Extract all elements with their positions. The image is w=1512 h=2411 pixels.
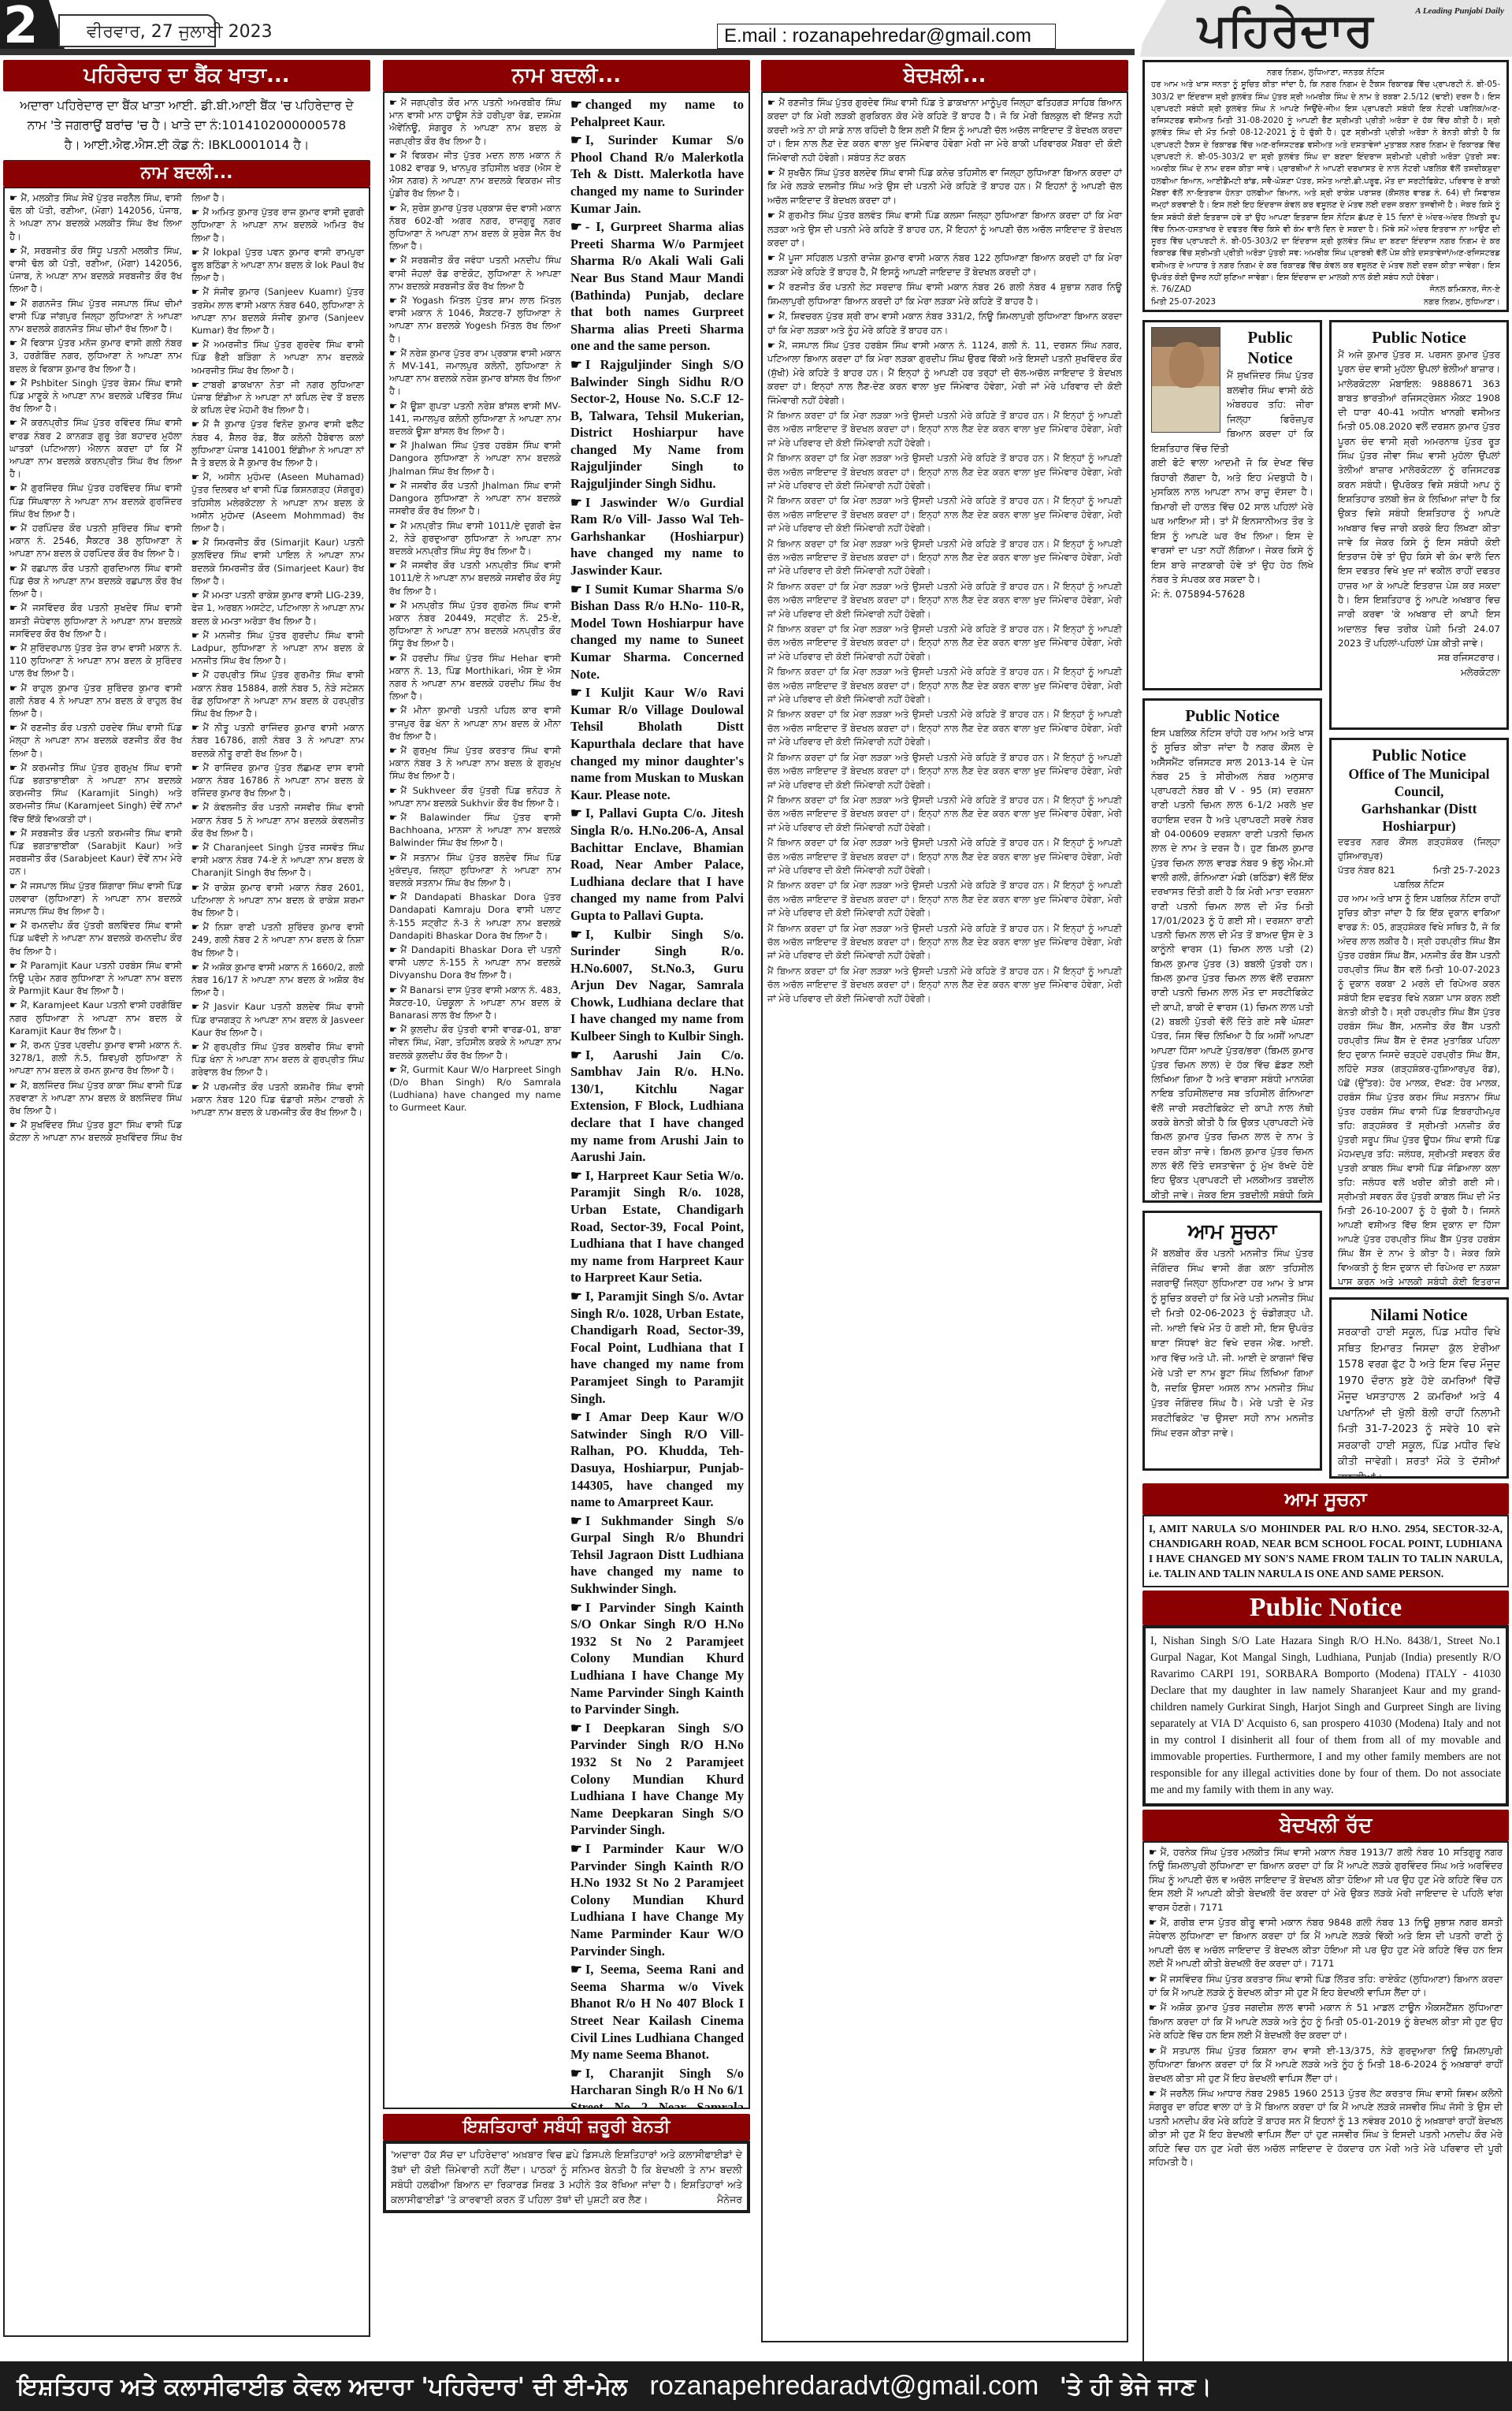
list-item: ☛ਮੈਂ ਹਰਪਿੰਦਰ ਕੌਰ ਪਤਨੀ ਸੁਰਿੰਦਰ ਸਿੰਘ ਵਾਸੀ … [9, 522, 182, 560]
list-item: ☛ਮੈਂ, ਸਰਬਜੀਤ ਕੌਰ ਸਿੱਧੂ ਪਤਨੀ ਮਲਕੀਤ ਸਿੰਘ, … [9, 244, 182, 296]
garhshankar-notice-subtitle-1: Office of The Municipal Council, [1338, 765, 1500, 800]
list-item-text: ਮੈਂ ਹਰਪ੍ਰੀਤ ਸਿੰਘ ਪੁੱਤਰ ਗੁਰਮੀਤ ਸਿੰਘ ਵਾਸੀ … [191, 669, 364, 719]
pointing-hand-icon: ☛ [767, 96, 775, 110]
pointing-hand-icon: ☛ [570, 1720, 582, 1737]
list-item-text: ਮੈਂ ਕਰਮਜੀਤ ਸਿੰਘ ਪੁੱਤਰ ਗੁਰਮੁਖ ਸਿੰਘ ਵਾਸੀ ਪ… [9, 762, 182, 824]
list-item: ਮੈਂ ਬਿਆਨ ਕਰਦਾ ਹਾਂ ਕਿ ਮੇਰਾ ਲੜਕਾ ਅਤੇ ਉਸਦੀ … [767, 879, 1122, 920]
pointing-hand-icon: ☛ [389, 254, 397, 266]
pointing-hand-icon: ☛ [1149, 2087, 1157, 2100]
ad-request-body: 'ਅਦਾਰਾ ਹੱਕ ਸੱਚ ਦਾ ਪਹਿਰੇਦਾਰ' ਅਖ਼ਬਾਰ ਵਿਚ ਛ… [391, 2149, 742, 2205]
pointing-hand-icon: ☛ [389, 1023, 397, 1036]
list-item-text: ਮੈਂ ਗੁਰਮੁਖ ਸਿੰਘ ਪੁੱਤਰ ਕਰਤਾਰ ਸਿੰਘ ਵਾਸੀ ਮਕ… [389, 745, 561, 781]
list-item-text: ਮੈਂ ਵਿਕਰਮ ਜੀਤ ਪੁੱਤਰ ਮਦਨ ਲਾਲ ਮਕਾਨ ਨੰ 1082… [389, 150, 561, 199]
list-item-text: ਮੈਂ, ਗਰੀਬ ਦਾਸ ਪੁੱਤਰ ਬੀਰੂ ਵਾਸੀ ਮਕਾਨ ਨੰਬਰ … [1149, 1917, 1503, 1969]
list-item: ☛ਮੈਂ ਸਰਬਜੀਤ ਕੌਰ ਜਵੰਧਾ ਪਤਨੀ ਮਨਦੀਪ ਸਿੰਘ ਵਾ… [389, 254, 561, 292]
general-notice-2-body: I, AMIT NARULA S/O MOHINDER PAL R/O H.NO… [1142, 1515, 1509, 1587]
pointing-hand-icon: ☛ [191, 536, 199, 549]
mc-notice-title: ਨਗਰ ਨਿਗਮ, ਲੁਧਿਆਣਾ, ਜਨਤਕ ਨੋਟਿਸ [1151, 67, 1500, 79]
list-item-text: ਮੈਂ ਮਮਤਾ ਪਤਨੀ ਰਾਕੇਸ਼ ਕੁਮਾਰ ਵਾਸੀ LIG-239,… [191, 590, 364, 626]
list-item: ਮੈਂ ਬਿਆਨ ਕਰਦਾ ਹਾਂ ਕਿ ਮੇਰਾ ਲੜਕਾ ਅਤੇ ਉਸਦੀ … [767, 794, 1122, 835]
logo-tagline: A Leading Punjabi Daily [1415, 6, 1504, 16]
list-item: ☛ਮੈਂ ਗੁਰਮੁਖ ਸਿੰਘ ਪੁੱਤਰ ਕਰਤਾਰ ਸਿੰਘ ਵਾਸੀ ਮ… [389, 744, 561, 783]
list-item: ☛- I, Gurpreet Sharma alias Preeti Sharm… [570, 218, 744, 355]
list-item: ☛ਮੈਂ ਊਸ਼ਾ ਗੁਪਤਾ ਪਤਨੀ ਨਰੇਸ਼ ਬਾਂਸਲ ਵਾਸੀ MV… [389, 400, 561, 438]
list-item: ☛ਮੈਂ ਗੁਰਪ੍ਰੀਤ ਸਿੰਘ ਪੁੱਤਰ ਬਲਵੀਰ ਸਿੰਘ ਵਾਸੀ… [191, 1040, 364, 1079]
malerkotla-public-notice: Public Notice ਮੈਂ ਅਜੇ ਕੁਮਾਰ ਪੁੱਤਰ ਸ. ਪਰਸ… [1329, 320, 1509, 730]
mc-ludhiana-notice: ਨਗਰ ਨਿਗਮ, ਲੁਧਿਆਣਾ, ਜਨਤਕ ਨੋਟਿਸ ਹਰ ਆਮ ਅਤੇ … [1142, 60, 1509, 312]
list-item: ☛ਮੈਂ ਸੁਰਿੰਦਰਪਾਲ ਪੁੱਤਰ ਤੇਜ਼ ਰਾਮ ਵਾਸੀ ਮਕਾਨ… [9, 642, 182, 680]
garhshankar-date: ਮਿਤੀ 25-7-2023 [1433, 863, 1500, 877]
list-item-text: ਮੈਂ ਗੁਰਜਿੰਦਰ ਸਿੰਘ ਪੁੱਤਰ ਹਰਵਿੰਦਰ ਸਿੰਘ ਵਾਸ… [9, 482, 182, 519]
pointing-hand-icon: ☛ [389, 439, 397, 452]
list-item: ☛I, Seema, Seema Rani and Seema Sharma w… [570, 1961, 744, 2063]
column-left: ਪਹਿਰੇਦਾਰ ਦਾ ਬੈਂਕ ਖਾਤਾ... ਅਦਾਰਾ ਪਹਿਰੇਦਾਰ … [3, 60, 370, 2337]
issue-date: ਵੀਰਵਾਰ, 27 ਜੁਲਾਈ 2023 [87, 22, 273, 42]
list-item: ☛ਮੈਂ ਅਸ਼ੋਕ ਕੁਮਾਰ ਵਾਸੀ ਮਕਾਨ ਨੰ 1660/2, ਗਲ… [191, 961, 364, 999]
pointing-hand-icon: ☛ [191, 1000, 199, 1013]
pointing-hand-icon: ☛ [191, 668, 199, 681]
bank-account-info: ਅਦਾਰਾ ਪਹਿਰੇਦਾਰ ਦਾ ਬੈਂਕ ਖਾਤਾ ਆਈ. ਡੀ.ਬੀ.ਆਈ… [3, 91, 370, 160]
list-item: ☛ਮੈਂ ਸਰਬਜੀਤ ਕੌਰ ਪਤਨੀ ਕਰਮਜੀਤ ਸਿੰਘ ਵਾਸੀ ਪਿ… [9, 827, 182, 878]
pointing-hand-icon: ☛ [767, 281, 775, 294]
list-item-text: ਮੈਂ ਜਰਨੈਲ ਸਿੰਘ ਆਧਾਰ ਨੰਬਰ 2985 1960 2513 … [1149, 2088, 1503, 2167]
photo-notice-body: ਗਈ ਫੋਟੋ ਵਾਲਾ ਆਦਮੀ ਜੋ ਕਿ ਦੇਖਣ ਵਿੱਚ ਬਿਹਾਰੀ… [1151, 456, 1313, 587]
pointing-hand-icon: ☛ [191, 1040, 199, 1053]
pointing-hand-icon: ☛ [570, 494, 582, 512]
list-item: ☛ਮੈਂ, ਰਮਨ ਪੁੱਤਰ ਪ੍ਰਦੀਪ ਕੁਮਾਰ ਵਾਸੀ ਮਕਾਨ ਨ… [9, 1039, 182, 1077]
list-item-text: ਮੈਂ, ਅਸੀਨ ਮੁਹੰਮਦ (Aseen Muhamad) ਪੁੱਤਰ ਦ… [191, 471, 364, 534]
list-item: ☛ਮੈਂ ਜਸਵਿੰਦਰ ਕੌਰ ਪਤਨੀ ਸੁਖਦੇਵ ਸਿੰਘ ਵਾਸੀ ਬ… [9, 601, 182, 640]
list-item-text: ਮੈਂ Dandapiti Bhaskar Dora ਦੀ ਪਤਨੀ ਵਾਸੀ … [389, 944, 561, 980]
masthead-email[interactable]: E.mail : rozanapehredar@gmail.com [717, 24, 1056, 49]
pointing-hand-icon: ☛ [191, 801, 199, 813]
list-item-text: ਮੈਂ ਅਮਰਜੀਤ ਸਿੰਘ ਪੁੱਤਰ ਗੁਰਦੇਵ ਸਿੰਘ ਵਾਸੀ ਪ… [191, 339, 364, 375]
pointing-hand-icon: ☛ [9, 761, 17, 774]
pointing-hand-icon: ☛ [191, 589, 199, 601]
list-item-text: ਮੈਂ ਜਗਪ੍ਰੀਤ ਕੌਰ ਮਾਨ ਪਤਨੀ ਅਮਰਬੀਰ ਸਿੰਘ ਮਾਨ… [389, 97, 561, 147]
list-item: ☛I Parminder Kaur W/O Parvinder Singh Ka… [570, 1840, 744, 1959]
general-notice-1-body: ਮੈਂ ਬਲਬੀਰ ਕੌਰ ਪਤਨੀ ਮਨਜੀਤ ਸਿੰਘ ਪੁੱਤਰ ਜੋਗਿ… [1151, 1246, 1313, 1441]
list-item: ਮੈਂ ਬਿਆਨ ਕਰਦਾ ਹਾਂ ਕਿ ਮੇਰਾ ਲੜਕਾ ਅਤੇ ਉਸਦੀ … [767, 665, 1122, 706]
list-item: ☛I, Harpreet Kaur Setia W/o. Paramjit Si… [570, 1167, 744, 1286]
list-item: ☛ਮੈਂ ਜਸਪਾਲ ਸਿੰਘ ਪੁੱਤਰ ਸ਼ਿੰਗਾਰਾ ਸਿੰਘ ਵਾਸੀ… [9, 880, 182, 918]
pointing-hand-icon: ☛ [389, 347, 397, 359]
list-item: ☛ਮੈਂ, ਸ਼ਿਵਚਰਨ ਪੁੱਤਰ ਸ਼੍ਰੀ ਰਾਮ ਵਾਸੀ ਮਕਾਨ … [767, 310, 1122, 337]
list-item: ☛ਮੈਂ Jasvir Kaur ਪਤਨੀ ਬਲਦੇਵ ਸਿੰਘ ਵਾਸੀ ਪਿ… [191, 1000, 364, 1039]
pointing-hand-icon: ☛ [570, 926, 582, 943]
pointing-hand-icon: ☛ [389, 652, 397, 664]
list-item: ☛ਮੈਂ ਰਛਪਾਲ ਕੌਰ ਪਤਨੀ ਗੁਰਦਿਆਲ ਸਿੰਘ ਵਾਸੀ ਪਿ… [9, 562, 182, 601]
pointing-hand-icon: ☛ [389, 96, 397, 109]
notices-subcol-right: Public Notice ਮੈਂ ਅਜੇ ਕੁਮਾਰ ਪੁੱਤਰ ਸ. ਪਰਸ… [1329, 320, 1509, 1479]
list-item: ☛ਮੈਂ, ਗਰੀਬ ਦਾਸ ਪੁੱਤਰ ਬੀਰੂ ਵਾਸੀ ਮਕਾਨ ਨੰਬਰ… [1149, 1916, 1503, 1971]
list-item-text: ਮੈਂ, Karamjeet Kaur ਪਤਨੀ ਵਾਸੀ ਹਰਗੋਬਿੰਦ ਨ… [9, 999, 182, 1036]
list-item: ☛ਮੈਂ ਜਸਵੀਰ ਕੌਰ ਪਤਨੀ Jhalman ਸਿੰਘ ਵਾਸੀ Da… [389, 479, 561, 518]
pointing-hand-icon: ☛ [389, 943, 397, 956]
mc-notice-body: ਹਰ ਆਮ ਅਤੇ ਖਾਸ ਜਨਤਾ ਨੂੰ ਸੂਚਿਤ ਕੀਤਾ ਜਾਂਦਾ … [1151, 79, 1500, 284]
photo-public-notice: Public Notice ਮੈਂ ਸੁਖਜਿੰਦਰ ਸਿੰਘ ਪੁੱਤਰ ਬਲ… [1142, 320, 1322, 690]
list-item: ☛I Kuljit Kaur W/o Ravi Kumar R/o Villag… [570, 684, 744, 803]
list-item-text: ਮੈਂ, ਬਲਜਿੰਦਰ ਸਿੰਘ ਪੁੱਤਰ ਕਾਕਾ ਸਿੰਘ ਵਾਸੀ ਪ… [9, 1080, 182, 1116]
pointing-hand-icon: ☛ [9, 827, 17, 839]
mc-notice-office: ਨਗਰ ਨਿਗਮ, ਲੁਧਿਆਣਾ। [1424, 296, 1500, 308]
list-item-text: ਮੈਂ ਗੁਰਪ੍ਰੀਤ ਸਿੰਘ ਪੁੱਤਰ ਬਲਵੀਰ ਸਿੰਘ ਵਾਸੀ … [191, 1041, 364, 1077]
list-item-text: - I, Gurpreet Sharma alias Preeti Sharma… [570, 219, 744, 353]
name-change-punjabi-column: ☛ਮੈਂ ਜਗਪ੍ਰੀਤ ਕੌਰ ਮਾਨ ਪਤਨੀ ਅਮਰਬੀਰ ਸਿੰਘ ਮਾ… [389, 96, 561, 2104]
pointing-hand-icon: ☛ [389, 559, 397, 571]
list-item-text: ਮੈਂ, ਮਲਕੀਤ ਸਿੰਘ ਸੇਖੋਂ ਪੁੱਤਰ ਜਰਨੈਲ ਸਿੰਘ, … [9, 192, 182, 242]
garhshankar-public-notice: Public Notice Office of The Municipal Co… [1329, 738, 1509, 1289]
pointing-hand-icon: ☛ [389, 599, 397, 612]
pointing-hand-icon: ☛ [389, 704, 397, 716]
ad-request-box: 'ਅਦਾਰਾ ਹੱਕ ਸੱਚ ਦਾ ਪਹਿਰੇਦਾਰ' ਅਖ਼ਬਾਰ ਵਿਚ ਛ… [383, 2141, 750, 2213]
pointing-hand-icon: ☛ [191, 418, 199, 430]
pointing-hand-icon: ☛ [1149, 2001, 1157, 2015]
pointing-hand-icon: ☛ [9, 880, 17, 892]
list-item-text: ਮੈਂ Pshbiter Singh ਪੁੱਤਰ ਰੇਸ਼ਮ ਸਿੰਘ ਵਾਸੀ… [9, 378, 182, 414]
pointing-hand-icon: ☛ [570, 1961, 582, 1978]
garhshankar-notice-title: Public Notice [1338, 745, 1500, 765]
pointing-hand-icon: ☛ [1149, 1846, 1157, 1859]
list-item: ☛I, Surinder Kumar S/o Phool Chand R/o M… [570, 132, 744, 217]
list-item: ☛ਮੈਂ ਜਸਵੀਰ ਕੌਰ ਪਤਨੀ ਮਨਪ੍ਰੀਤ ਸਿੰਘ ਵਾਸੀ 10… [389, 559, 561, 597]
mc-notice-signatory: ਜੋਨਲ ਕਮਿਸ਼ਨਰ, ਜੋਨ-ਏ [1430, 284, 1501, 296]
list-item-text: ਮੈਂ ਜੈ ਕੁਮਾਰ ਪੁੱਤਰ ਵਿਨੋਦ ਕੁਮਾਰ ਵਾਸੀ ਫਲੈਟ… [191, 419, 364, 468]
public-notice-italy-heading: Public Notice [1142, 1591, 1509, 1625]
list-item: ☛ਮੈਂ ਰਣਜੀਤ ਕੌਰ ਪਤਨੀ ਹਰਦੇਵ ਸਿੰਘ ਵਾਸੀ ਪਿੰਡ… [9, 721, 182, 760]
general-notice-2-heading: ਆਮ ਸੂਚਨਾ [1142, 1483, 1509, 1515]
pointing-hand-icon: ☛ [389, 294, 397, 307]
pointing-hand-icon: ☛ [9, 721, 17, 734]
pointing-hand-icon: ☛ [191, 761, 199, 774]
list-item-text: ਮੈਂ ਮਨਪ੍ਰੀਤ ਸਿੰਘ ਪੁੱਤਰ ਗੁਰਮੇਲ ਸਿੰਘ ਵਾਸੀ … [389, 600, 561, 649]
name-change-english-column: ☛changed my name to Pehalpreet Kaur.☛I, … [570, 96, 744, 2104]
name-change-list-center: ☛ਮੈਂ ਜਗਪ੍ਰੀਤ ਕੌਰ ਮਾਨ ਪਤਨੀ ਅਮਰਬੀਰ ਸਿੰਘ ਮਾ… [383, 91, 750, 2109]
pointing-hand-icon: ☛ [9, 416, 17, 429]
list-item: ਮੈਂ ਬਿਆਨ ਕਰਦਾ ਹਾਂ ਕਿ ਮੇਰਾ ਲੜਕਾ ਅਤੇ ਉਸਦੀ … [767, 965, 1122, 1006]
newspaper-logo: ਪਹਿਰੇਦਾਰ [1198, 3, 1374, 58]
pointing-hand-icon: ☛ [9, 601, 17, 614]
list-item-text: ਮੈਂ ਸਤਪਾਲ ਸਿੰਘ ਪੁੱਤਰ ਕਿਸ਼ਨਾ ਰਾਮ ਵਾਸੀ ਈ-1… [1149, 2045, 1503, 2084]
list-item: ☛ਮੈਂ, ਮਲਕੀਤ ਸਿੰਘ ਸੇਖੋਂ ਪੁੱਤਰ ਜਰਨੈਲ ਸਿੰਘ,… [9, 192, 182, 243]
list-item-text: ਮੈ, ਸੁਰੇਸ਼ ਕੁਮਾਰ ਪੁੱਤਰ ਪ੍ਰਕਾਸ਼ ਚੰਦ ਵਾਸੀ … [389, 203, 561, 252]
footer-suffix: 'ਤੇ ਹੀ ਭੇਜੇ ਜਾਣ। [1060, 2373, 1212, 2401]
bathinda-notice-title: Public Notice [1151, 705, 1313, 726]
list-item-text: I, Pallavi Gupta C/o. Jitesh Singla R/o.… [570, 806, 744, 923]
column-disinheritance: ਬੇਦਖ਼ਲੀ... ☛ਮੈਂ ਰਣਜੀਤ ਸਿੰਘ ਪੁੱਤਰ ਗੁਰਦੇਵ … [761, 60, 1128, 2342]
list-item-text: ਮੈਂ ਸਰਬਜੀਤ ਕੌਰ ਪਤਨੀ ਕਰਮਜੀਤ ਸਿੰਘ ਵਾਸੀ ਪਿੰ… [9, 828, 182, 877]
pointing-hand-icon: ☛ [570, 96, 582, 113]
list-item-text: ਮੈਂ ਕੰਵਲਜੀਤ ਕੌਰ ਪਤਨੀ ਜਸਵੀਰ ਸਿੰਘ ਵਾਸੀ ਮਕਾ… [191, 802, 364, 838]
list-item: ☛I Parvinder Singh Kainth S/O Onkar Sing… [570, 1599, 744, 1718]
mc-notice-footer-1: ਨੰ. 76/ZAD ਜੋਨਲ ਕਮਿਸ਼ਨਰ, ਜੋਨ-ਏ [1151, 284, 1500, 296]
malerkotla-notice-place: ਮਲੇਰਕੋਟਲਾ [1338, 665, 1500, 679]
footer-ad-email[interactable]: rozanapehredaradvt@gmail.com [650, 2371, 1039, 2401]
bank-line-3: ਹੈ। ਆਈ.ਐਫ.ਐਸ.ਈ ਕੋਡ ਨੰ: IBKL0001014 ਹੈ। [5, 136, 369, 155]
pointing-hand-icon: ☛ [9, 1118, 17, 1131]
pointing-hand-icon: ☛ [9, 919, 17, 932]
list-item: ☛ਮੈ, ਸੁਰੇਸ਼ ਕੁਮਾਰ ਪੁੱਤਰ ਪ੍ਰਕਾਸ਼ ਚੰਦ ਵਾਸੀ… [389, 202, 561, 253]
list-item: ☛ਮੈਂ ਪਰਮਜੀਤ ਕੌਰ ਪਤਨੀ ਕਸ਼ਮੀਰ ਸਿੰਘ ਵਾਸੀ ਮਕ… [191, 1081, 364, 1119]
pointing-hand-icon: ☛ [191, 338, 199, 351]
list-item: ☛ਮੈਂ ਸਤਪਾਲ ਸਿੰਘ ਪੁੱਤਰ ਕਿਸ਼ਨਾ ਰਾਮ ਵਾਸੀ ਈ-… [1149, 2045, 1503, 2085]
list-item: ☛ਮੈਂ Pshbiter Singh ਪੁੱਤਰ ਰੇਸ਼ਮ ਸਿੰਘ ਵਾਸ… [9, 377, 182, 415]
list-item: ☛ਮੈਂ ਮਮਤਾ ਪਤਨੀ ਰਾਕੇਸ਼ ਕੁਮਾਰ ਵਾਸੀ LIG-239… [191, 589, 364, 627]
masthead: 2 ਵੀਰਵਾਰ, 27 ਜੁਲਾਈ 2023 E.mail : rozanap… [0, 0, 1512, 57]
list-item: ☛I Deepkaran Singh S/O Parvinder Singh R… [570, 1720, 744, 1839]
nilami-notice: Nilami Notice ਸਰਕਾਰੀ ਹਾਈ ਸਕੂਲ, ਪਿੰਡ ਮਧੀਰ… [1329, 1297, 1509, 1479]
list-item-text: ਮੈਂ ਰਾਕੇਸ਼ ਕੁਮਾਰ ਵਾਸੀ ਮਕਾਨ ਨੰਬਰ 2601, ਪਟ… [191, 882, 364, 918]
pointing-hand-icon: ☛ [767, 339, 775, 352]
list-item: ☛ਮੈਂ ਮਨਪ੍ਰੀਤ ਸਿੰਘ ਪੁੱਤਰ ਗੁਰਮੇਲ ਸਿੰਘ ਵਾਸੀ… [389, 599, 561, 650]
pointing-hand-icon: ☛ [767, 166, 775, 180]
list-item: ☛ਮੈਂ, ਅਸੀਨ ਮੁਹੰਮਦ (Aseen Muhamad) ਪੁੱਤਰ … [191, 471, 364, 534]
pointing-hand-icon: ☛ [570, 218, 582, 236]
list-item: ☛ਮੈਂ Dandapati Bhaskar Dora ਪੁੱਤਰ Dandap… [389, 891, 561, 942]
list-item-text: ਮੈਂ ਮਨਜੀਤ ਸਿੰਘ ਪੁੱਤਰ ਗੁਰਦੀਪ ਸਿੰਘ ਵਾਸੀ La… [191, 630, 364, 666]
notices-subcol-left: Public Notice ਮੈਂ ਸੁਖਜਿੰਦਰ ਸਿੰਘ ਪੁੱਤਰ ਬਲ… [1142, 320, 1322, 1479]
list-item: ☛ਮੈਂ ਜਗਪ੍ਰੀਤ ਕੌਰ ਮਾਨ ਪਤਨੀ ਅਮਰਬੀਰ ਸਿੰਘ ਮਾ… [389, 96, 561, 147]
list-item-text: ਮੈਂ ਕਰਨਪ੍ਰੀਤ ਸਿੰਘ ਪੁੱਤਰ ਰਵਿੰਦਰ ਸਿੰਘ ਵਾਸੀ… [9, 417, 182, 479]
list-item: ☛ਮੈਂ ਨੀਤੂ ਪਤਨੀ ਰਾਜਿੰਦਰ ਕੁਮਾਰ ਵਾਸੀ ਮਕਾਨ ਨ… [191, 721, 364, 760]
pointing-hand-icon: ☛ [570, 1288, 582, 1305]
pointing-hand-icon: ☛ [389, 479, 397, 492]
list-item: ☛ਮੈਂ ਸੁਖਚੈਨ ਸਿੰਘ ਪੁੱਤਰ ਬਲਦੇਵ ਸਿੰਘ ਵਾਸੀ ਪ… [767, 166, 1122, 207]
list-item-text: ਮੈਂ ਅਸ਼ੋਕ ਕੁਮਾਰ ਪੁੱਤਰ ਜਗਦੀਸ਼ ਲਾਲ ਵਾਸੀ ਮਕ… [1149, 2002, 1503, 2041]
garhshankar-heading: ਪਬਲਿਕ ਨੋਟਿਸ [1338, 877, 1500, 891]
list-item: ☛ਮੈਂ ਮਨਜੀਤ ਸਿੰਘ ਪੁੱਤਰ ਗੁਰਦੀਪ ਸਿੰਘ ਵਾਸੀ L… [191, 629, 364, 668]
list-item: ☛I Sukhmander Singh S/o Gurpal Singh R/o… [570, 1512, 744, 1598]
list-item: ☛ਮੈਂ, ਬਲਜਿੰਦਰ ਸਿੰਘ ਪੁੱਤਰ ਕਾਕਾ ਸਿੰਘ ਵਾਸੀ … [9, 1079, 182, 1118]
pointing-hand-icon: ☛ [191, 206, 199, 218]
column-center: ਨਾਮ ਬਦਲੀ... ☛ਮੈਂ ਜਗਪ੍ਰੀਤ ਕੌਰ ਮਾਨ ਪਤਨੀ ਅਮ… [383, 60, 750, 2213]
list-item: ☛ਮੈਂ ਅਮਰਜੀਤ ਸਿੰਘ ਪੁੱਤਰ ਗੁਰਦੇਵ ਸਿੰਘ ਵਾਸੀ … [191, 338, 364, 377]
bank-line-2: ਨਾਮ 'ਤੇ ਜਗਰਾਉਂ ਬਰਾਂਚ 'ਚ ਹੈ। ਖਾਤੇ ਦਾ ਨੰ:1… [5, 116, 369, 136]
list-item-text: I, Aarushi Jain C/o. Sambhav Jain R/o. H… [570, 1047, 744, 1165]
list-item-text: ਮੈਂ ਸੁਖਚੈਨ ਸਿੰਘ ਪੁੱਤਰ ਬਲਦੇਵ ਸਿੰਘ ਵਾਸੀ ਪਿ… [767, 167, 1122, 206]
pointing-hand-icon: ☛ [389, 744, 397, 757]
list-item: ☛ਮੈਂ ਜੈ ਕੁਮਾਰ ਪੁੱਤਰ ਵਿਨੋਦ ਕੁਮਾਰ ਵਾਸੀ ਫਲੈ… [191, 418, 364, 469]
list-item: ਮੈਂ ਬਿਆਨ ਕਰਦਾ ਹਾਂ ਕਿ ਮੇਰਾ ਲੜਕਾ ਅਤੇ ਉਸਦੀ … [767, 452, 1122, 493]
list-item-text: ਮੈਂ Dandapati Bhaskar Dora ਪੁੱਤਰ Dandapa… [389, 891, 561, 941]
list-item: ☛changed my name to Pehalpreet Kaur. [570, 96, 744, 130]
list-item-text: ਮੈਂ ਹਰਦੀਪ ਸਿੰਘ ਪੁੱਤਰ ਸਿੰਘ Hehar ਵਾਸੀ ਮਕਾ… [389, 653, 561, 702]
pointing-hand-icon: ☛ [389, 984, 397, 996]
list-item-text: I Kuljit Kaur W/o Ravi Kumar R/o Village… [570, 685, 744, 802]
list-item-text: ਮੈਂ, ਰਮਨ ਪੁੱਤਰ ਪ੍ਰਦੀਪ ਕੁਮਾਰ ਵਾਸੀ ਮਕਾਨ ਨੰ… [9, 1040, 182, 1076]
list-item-text: ਮੈਂ ਸਤਨਾਮ ਸਿੰਘ ਪੁੱਤਰ ਬਲਦੇਵ ਸਿੰਘ ਪਿੰਡ ਮੁਕ… [389, 852, 561, 888]
pointing-hand-icon: ☛ [9, 959, 17, 972]
list-item-text: ਮੈਂ ਮਨਪ੍ਰੀਤ ਸਿੰਘ ਵਾਸੀ 1011/ਏ ਦੁਗਰੀ ਫੇਜ਼ … [389, 520, 561, 556]
ad-request-signature: ਮੈਨੇਜਰ [717, 2192, 742, 2207]
list-item: ☛ਮੈਂ ਰਾਹੁਲ ਕੁਮਾਰ ਪੁੱਤਰ ਸੁਰਿੰਦਰ ਕੁਮਾਰ ਵਾਸ… [9, 682, 182, 720]
list-item: ☛I, Charanjit Singh S/o Harcharan Singh … [570, 2065, 744, 2109]
list-item-text: ਮੈਂ ਰਣਜੀਤ ਸਿੰਘ ਪੁੱਤਰ ਗੁਰਦੇਵ ਸਿੰਘ ਵਾਸੀ ਪਿ… [767, 97, 1122, 163]
general-notice-1-title: ਆਮ ਸੂਚਨਾ [1151, 1218, 1313, 1246]
list-item-text: ਮੈਂ ਸਰਬਜੀਤ ਕੌਰ ਜਵੰਧਾ ਪਤਨੀ ਮਨਦੀਪ ਸਿੰਘ ਵਾਸ… [389, 255, 561, 291]
list-item: ☛ਟਾਬਰੀ ਡਾਕਖਾਨਾ ਨੇਤਾ ਜੀ ਨਗਰ ਲੁਧਿਆਣਾ ਪੰਜਾਬ… [191, 378, 364, 417]
pointing-hand-icon: ☛ [9, 1079, 17, 1092]
list-item-text: ਮੈਂ ਜਸਪਾਲ ਸਿੰਘ ਪੁੱਤਰ ਸ਼ਿੰਗਾਰਾ ਸਿੰਘ ਵਾਸੀ … [9, 880, 182, 917]
bank-line-1: ਅਦਾਰਾ ਪਹਿਰੇਦਾਰ ਦਾ ਬੈਂਕ ਖਾਤਾ ਆਈ. ਡੀ.ਬੀ.ਆਈ… [5, 96, 369, 116]
list-item: ☛ਮੈਂ ਮੀਨਾ ਕੁਮਾਰੀ ਪਤਨੀ ਪਹਿਲ ਕਾਰ ਵਾਸੀ ਤਾਜਪ… [389, 704, 561, 742]
disinheritance-heading: ਬੇਦਖ਼ਲੀ... [761, 60, 1128, 91]
disinheritance-cancel-list: ☛ਮੈਂ, ਹਰਨੇਕ ਸਿੰਘ ਪੁੱਤਰ ਮਲਕੀਤ ਸਿੰਘ ਵਾਸੀ ਮ… [1142, 1841, 1509, 2368]
malerkotla-notice-body: ਮੈਂ ਅਜੇ ਕੁਮਾਰ ਪੁੱਤਰ ਸ. ਪਰਸਨ ਕੁਮਾਰ ਪੁੱਤਰ … [1338, 348, 1500, 650]
pointing-hand-icon: ☛ [570, 1408, 582, 1426]
pointing-hand-icon: ☛ [389, 519, 397, 532]
list-item: ☛I Rajguljinder Singh S/O Balwinder Sing… [570, 356, 744, 493]
pointing-hand-icon: ☛ [1149, 1916, 1157, 1929]
pointing-hand-icon: ☛ [191, 471, 199, 483]
logo-block: A Leading Punjabi Daily ਪਹਿਰੇਦਾਰ [1135, 0, 1512, 57]
list-item: ☛I, Aarushi Jain C/o. Sambhav Jain R/o. … [570, 1047, 744, 1166]
list-item-text: ਮੈਂ ਰਮਨਦੀਪ ਕੌਰ ਪੁੱਤਰੀ ਬਲਵਿੰਦਰ ਸਿੰਘ ਵਾਸੀ … [9, 920, 182, 956]
list-item-text: ਮੈਂ ਨੀਤੂ ਪਤਨੀ ਰਾਜਿੰਦਰ ਕੁਮਾਰ ਵਾਸੀ ਮਕਾਨ ਨੰ… [191, 722, 364, 758]
list-item-text: ਮੈਂ, ਹਰਨੇਕ ਸਿੰਘ ਪੁੱਤਰ ਮਲਕੀਤ ਸਿੰਘ ਵਾਸੀ ਮਕ… [1149, 1847, 1503, 1913]
pointing-hand-icon: ☛ [191, 841, 199, 854]
list-item: ਮੈਂ ਬਿਆਨ ਕਰਦਾ ਹਾਂ ਕਿ ਮੇਰਾ ਲੜਕਾ ਅਤੇ ਉਸਦੀ … [767, 708, 1122, 749]
list-item-text: ਮੈਂ ਮੀਨਾ ਕੁਮਾਰੀ ਪਤਨੀ ਪਹਿਲ ਕਾਰ ਵਾਸੀ ਤਾਜਪੁ… [389, 705, 561, 741]
list-item-text: I Sumit Kumar Sharma S/o Bishan Dass R/o… [570, 582, 744, 682]
list-item: ☛ਮੈਂ ਕਰਨਪ੍ਰੀਤ ਸਿੰਘ ਪੁੱਤਰ ਰਵਿੰਦਰ ਸਿੰਘ ਵਾਸ… [9, 416, 182, 480]
list-item-text: ਮੈਂ ਗਗਨਜੋਤ ਸਿੰਘ ਪੁੱਤਰ ਜਸਪਾਲ ਸਿੰਘ ਚੀਮਾਂ ਵ… [9, 298, 182, 334]
list-item: ਮੈਂ ਬਿਆਨ ਕਰਦਾ ਹਾਂ ਕਿ ਮੇਰਾ ਲੜਕਾ ਅਤੇ ਉਸਦੀ … [767, 836, 1122, 877]
pointing-hand-icon: ☛ [570, 1599, 582, 1617]
pointing-hand-icon: ☛ [767, 251, 775, 265]
list-item-text: ਮੈਂ ਰਾਹੁਲ ਕੁਮਾਰ ਪੁੱਤਰ ਸੁਰਿੰਦਰ ਕੁਮਾਰ ਵਾਸੀ… [9, 683, 182, 719]
list-item: ☛ਮੈਂ Sukhveer ਕੌਰ ਪੁੱਤਰੀ ਪਿੰਡ ਭਨੋਹੜ ਨੇ ਆ… [389, 784, 561, 809]
mc-notice-ref: ਨੰ. 76/ZAD [1151, 284, 1191, 296]
list-item: ਮੈਂ ਬਿਆਨ ਕਰਦਾ ਹਾਂ ਕਿ ਮੇਰਾ ਲੜਕਾ ਅਤੇ ਉਸਦੀ … [767, 751, 1122, 792]
pointing-hand-icon: ☛ [9, 522, 17, 534]
photo-notice-phone: ਮੋ: ਨੰ. 075894-57628 [1151, 587, 1313, 602]
list-item-text: ਮੈਂ Charanjeet Singh ਪੁੱਤਰ ਜਸਵੰਤ ਸਿੰਘ ਵਾ… [191, 842, 364, 878]
list-item-text: I, Surinder Kumar S/o Phool Chand R/o Ma… [570, 132, 744, 215]
mc-notice-date: ਮਿਤੀ 25-07-2023 [1151, 296, 1216, 308]
pointing-hand-icon: ☛ [191, 921, 199, 933]
list-item: ☛ਮੈਂ ਸਤਨਾਮ ਸਿੰਘ ਪੁੱਤਰ ਬਲਦੇਵ ਸਿੰਘ ਪਿੰਡ ਮੁ… [389, 851, 561, 890]
list-item-text: ਮੈਂ ਜਸਵਿੰਦਰ ਕੌਰ ਪਤਨੀ ਸੁਖਦੇਵ ਸਿੰਘ ਵਾਸੀ ਬਸ… [9, 602, 182, 638]
list-item-text: ਮੈਂ Paramjit Kaur ਪਤਨੀ ਹਰਬੰਸ ਸਿੰਘ ਵਾਸੀ ਨ… [9, 960, 182, 996]
list-item: ☛I Amar Deep Kaur W/O Satwinder Singh R/… [570, 1408, 744, 1511]
list-item-text: ਮੈਂ Banarsi ਦਾਸ ਪੁੱਤਰ ਵਾਸੀ ਮਕਾਨ ਨੰ. 483,… [389, 984, 561, 1021]
list-item-text: ਮੈਂ ਜਸਵੀਰ ਕੌਰ ਪਤਨੀ Jhalman ਸਿੰਘ ਵਾਸੀ Dan… [389, 480, 561, 516]
pointing-hand-icon: ☛ [570, 1512, 582, 1530]
list-item-text: ਮੈਂ ਗੁਰਮੀਤ ਸਿੰਘ ਪੁੱਤਰ ਬਲਵੰਤ ਸਿੰਘ ਵਾਸੀ ਪਿ… [767, 210, 1122, 248]
list-item-text: ਮੈਂ Jhalwan ਸਿੰਘ ਪੁੱਤਰ ਹਰਬੰਸ ਸਿੰਘ ਵਾਸੀ D… [389, 440, 561, 476]
list-item: ☛ਮੈਂ Paramjit Kaur ਪਤਨੀ ਹਰਬੰਸ ਸਿੰਘ ਵਾਸੀ … [9, 959, 182, 998]
pointing-hand-icon: ☛ [191, 378, 199, 391]
list-item-text: ਮੈਂ ਹਰਪਿੰਦਰ ਕੌਰ ਪਤਨੀ ਸੁਰਿੰਦਰ ਸਿੰਘ ਵਾਸੀ ਮ… [9, 523, 182, 559]
garhshankar-letter-no: ਪੱਤਰ ਨੰਬਰ 821 [1338, 863, 1395, 877]
list-item: ਮੈਂ ਬਿਆਨ ਕਰਦਾ ਹਾਂ ਕਿ ਮੇਰਾ ਲੜਕਾ ਅਤੇ ਉਸਦੀ … [767, 494, 1122, 535]
list-item-text: changed my name to Pehalpreet Kaur. [570, 97, 744, 129]
list-item: ☛ਮੈਂ, ਹਰਨੇਕ ਸਿੰਘ ਪੁੱਤਰ ਮਲਕੀਤ ਸਿੰਘ ਵਾਸੀ ਮ… [1149, 1846, 1503, 1914]
list-item-text: ਮੈਂ ਸੁਰਿੰਦਰਪਾਲ ਪੁੱਤਰ ਤੇਜ਼ ਰਾਮ ਵਾਸੀ ਮਕਾਨ … [9, 642, 182, 679]
disinheritance-list: ☛ਮੈਂ ਰਣਜੀਤ ਸਿੰਘ ਪੁੱਤਰ ਗੁਰਦੇਵ ਸਿੰਘ ਵਾਸੀ ਪ… [761, 91, 1128, 2342]
list-item: ☛ਮੈਂ ਸੰਜੀਵ ਕੁਮਾਰ (Sanjeev Kuamr) ਪੁੱਤਰ ਤ… [191, 285, 364, 337]
pointing-hand-icon: ☛ [570, 1167, 582, 1185]
list-item: ☛ਮੈਂ ਮਨਪ੍ਰੀਤ ਸਿੰਘ ਵਾਸੀ 1011/ਏ ਦੁਗਰੀ ਫੇਜ਼… [389, 519, 561, 558]
column-notices: ਨਗਰ ਨਿਗਮ, ਲੁਧਿਆਣਾ, ਜਨਤਕ ਨੋਟਿਸ ਹਰ ਆਮ ਅਤੇ … [1142, 60, 1509, 2368]
pointing-hand-icon: ☛ [389, 149, 397, 162]
pointing-hand-icon: ☛ [9, 377, 17, 389]
list-item-text: ਮੈਂ Jasvir Kaur ਪਤਨੀ ਬਲਦੇਵ ਸਿੰਘ ਵਾਸੀ ਪਿੰ… [191, 1001, 364, 1037]
list-item: ☛ਮੈਂ ਕਰਮਜੀਤ ਸਿੰਘ ਪੁੱਤਰ ਗੁਰਮੁਖ ਸਿੰਘ ਵਾਸੀ … [9, 761, 182, 825]
footer-banner: ਇਸ਼ਤਿਹਾਰ ਅਤੇ ਕਲਾਸੀਫਾਈਡ ਕੇਵਲ ਅਦਾਰਾ 'ਪਹਿਰੇ… [0, 2361, 1512, 2411]
list-item: ☛I Sumit Kumar Sharma S/o Bishan Dass R/… [570, 581, 744, 683]
list-item: ☛ਮੈਂ Charanjeet Singh ਪੁੱਤਰ ਜਸਵੰਤ ਸਿੰਘ ਵ… [191, 841, 364, 880]
pointing-hand-icon: ☛ [9, 562, 17, 575]
pointing-hand-icon: ☛ [191, 246, 199, 259]
pointing-hand-icon: ☛ [389, 202, 397, 214]
pointing-hand-icon: ☛ [9, 192, 17, 204]
list-item-text: ਮੈਂ Balawinder ਸਿੰਘ ਪੁੱਤਰ ਵਾਸੀ Bachhoana… [389, 812, 561, 848]
bathinda-public-notice: Public Notice ਇਸ ਪਬਲਿਕ ਨੋਟਿਸ ਰਾਂਹੀ ਹਰ ਆਮ… [1142, 698, 1322, 1203]
pointing-hand-icon: ☛ [9, 999, 17, 1011]
list-item: ☛ਮੈਂ Balawinder ਸਿੰਘ ਪੁੱਤਰ ਵਾਸੀ Bachhoan… [389, 811, 561, 850]
list-item: ਮੈਂ ਬਿਆਨ ਕਰਦਾ ਹਾਂ ਕਿ ਮੇਰਾ ਲੜਕਾ ਅਤੇ ਉਸਦੀ … [767, 922, 1122, 963]
nilami-notice-body: ਸਰਕਾਰੀ ਹਾਈ ਸਕੂਲ, ਪਿੰਡ ਮਧੀਰ ਵਿਖੇ ਸਥਿਤ ਇਮਾ… [1338, 1325, 1500, 1479]
list-item: ਮੈਂ ਬਿਆਨ ਕਰਦਾ ਹਾਂ ਕਿ ਮੇਰਾ ਲੜਕਾ ਅਤੇ ਉਸਦੀ … [767, 409, 1122, 450]
list-item: ☛ਮੈਂ ਨਰੇਸ਼ ਕੁਮਾਰ ਪੁੱਤਰ ਰਾਮ ਪ੍ਰਕਾਸ਼ ਵਾਸੀ … [389, 347, 561, 398]
pointing-hand-icon: ☛ [9, 682, 17, 694]
list-item-text: ਮੈਂ lokpal ਪੁੱਤਰ ਪਵਨ ਕੁਮਾਰ ਵਾਸੀ ਰਾਮਪੁਰਾ … [191, 247, 364, 283]
pointing-hand-icon: ☛ [9, 642, 17, 654]
list-item: ☛ਮੈਂ ਅਸ਼ੋਕ ਕੁਮਾਰ ਪੁੱਤਰ ਜਗਦੀਸ਼ ਲਾਲ ਵਾਸੀ ਮ… [1149, 2001, 1503, 2042]
list-item: ☛ਮੈਂ Dandapiti Bhaskar Dora ਦੀ ਪਤਨੀ ਵਾਸੀ… [389, 943, 561, 982]
bank-account-heading: ਪਹਿਰੇਦਾਰ ਦਾ ਬੈਂਕ ਖਾਤਾ... [3, 60, 370, 91]
malerkotla-notice-title: Public Notice [1338, 327, 1500, 348]
list-item-text: ਮੈਂ ਸਿਮਰਜੀਤ ਕੌਰ (Simarjit Kaur) ਪਤਨੀ ਕੁਲ… [191, 537, 364, 586]
list-item: ☛ਮੈਂ, ਜਸਪਾਲ ਸਿੰਘ ਪੁੱਤਰ ਹਰਬੰਸ ਸਿੰਘ ਵਾਸੀ ਮ… [767, 339, 1122, 407]
list-item-text: ਮੈਂ ਜਸਵਿੰਦਰ ਸਿੰਘ ਪੁੱਤਰ ਕਰਤਾਰ ਸਿੰਘ ਵਾਸੀ ਪ… [1149, 1974, 1503, 1998]
list-item-text: ਮੈਂ ਵਿਕਾਸ ਪੁੱਤਰ ਮਨੋਜ ਕੁਮਾਰ ਵਾਸੀ ਗਲੀ ਨੰਬਰ… [9, 337, 182, 374]
garhshankar-office: ਦਫਤਰ ਨਗਰ ਕੌਂਸਲ ਗੜ੍ਹਸ਼ੰਕਰ (ਜਿਲ੍ਹਾ ਹੁਸਿਆਰਪ… [1338, 835, 1500, 863]
pointing-hand-icon: ☛ [9, 337, 17, 349]
list-item: ☛ਮੈਂ ਸਿਮਰਜੀਤ ਕੌਰ (Simarjit Kaur) ਪਤਨੀ ਕੁ… [191, 536, 364, 587]
list-item-text: ਮੈਂ ਨਰੇਸ਼ ਕੁਮਾਰ ਪੁੱਤਰ ਰਾਮ ਪ੍ਰਕਾਸ਼ ਵਾਸੀ ਮ… [389, 348, 561, 397]
pointing-hand-icon: ☛ [767, 209, 775, 222]
list-item: ਮੈਂ ਬਿਆਨ ਕਰਦਾ ਹਾਂ ਕਿ ਮੇਰਾ ਲੜਕਾ ਅਤੇ ਉਸਦੀ … [767, 538, 1122, 579]
pointing-hand-icon: ☛ [570, 356, 582, 374]
list-item-text: ਮੈਂ, ਜਸਪਾਲ ਸਿੰਘ ਪੁੱਤਰ ਹਰਬੰਸ ਸਿੰਘ ਵਾਸੀ ਮਕ… [767, 340, 1122, 406]
list-item: ☛ਮੈਂ ਵਿਕਾਸ ਪੁੱਤਰ ਮਨੋਜ ਕੁਮਾਰ ਵਾਸੀ ਗਲੀ ਨੰਬ… [9, 337, 182, 375]
list-item: ☛ਮੈਂ ਜਰਨੈਲ ਸਿੰਘ ਆਧਾਰ ਨੰਬਰ 2985 1960 2513… [1149, 2087, 1503, 2169]
pointing-hand-icon: ☛ [767, 310, 775, 323]
garhshankar-notice-subtitle-2: Garhshankar (Distt Hoshiarpur) [1338, 800, 1500, 835]
list-item: ☛ਮੈਂ ਅਮਿਤ ਕੁਮਾਰ ਪੁੱਤਰ ਰਾਜ ਕੁਮਾਰ ਵਾਸੀ ਦੁਗ… [191, 206, 364, 244]
list-item-text: I, Harpreet Kaur Setia W/o. Paramjit Sin… [570, 1168, 744, 1285]
nilami-notice-title: Nilami Notice [1338, 1304, 1500, 1325]
list-item-text: ਮੈਂ, Gurmit Kaur W/o Harpreet Singh (D/o… [389, 1064, 561, 1114]
pointing-hand-icon: ☛ [570, 805, 582, 822]
pointing-hand-icon: ☛ [570, 684, 582, 701]
list-item-text: ਮੈਂ ਰਛਪਾਲ ਕੌਰ ਪਤਨੀ ਗੁਰਦਿਆਲ ਸਿੰਘ ਵਾਸੀ ਪਿੰ… [9, 563, 182, 599]
masthead-rule [0, 49, 1135, 55]
pointing-hand-icon: ☛ [389, 784, 397, 797]
pointing-hand-icon: ☛ [191, 1081, 199, 1093]
list-item: ☛ਮੈਂ ਵਿਕਰਮ ਜੀਤ ਪੁੱਤਰ ਮਦਨ ਲਾਲ ਮਕਾਨ ਨੰ 108… [389, 149, 561, 200]
notices-grid: Public Notice ਮੈਂ ਸੁਖਜਿੰਦਰ ਸਿੰਘ ਪੁੱਤਰ ਬਲ… [1142, 320, 1509, 1479]
name-change-heading-left: ਨਾਮ ਬਦਲੀ... [3, 160, 370, 187]
pointing-hand-icon: ☛ [9, 482, 17, 494]
list-item-text: I Parvinder Singh Kainth S/O Onkar Singh… [570, 1600, 744, 1717]
garhshankar-letter-row: ਪੱਤਰ ਨੰਬਰ 821 ਮਿਤੀ 25-7-2023 [1338, 863, 1500, 877]
list-item: ☛ਮੈਂ ਪੂਜਾ ਸਹਿਗਲ ਪਤਨੀ ਰਾਜੇਸ਼ ਕੁਮਾਰ ਵਾਸੀ ਮ… [767, 251, 1122, 279]
list-item: ☛ਮੈਂ ਜਸਵਿੰਦਰ ਸਿੰਘ ਪੁੱਤਰ ਕਰਤਾਰ ਸਿੰਘ ਵਾਸੀ … [1149, 1973, 1503, 2000]
